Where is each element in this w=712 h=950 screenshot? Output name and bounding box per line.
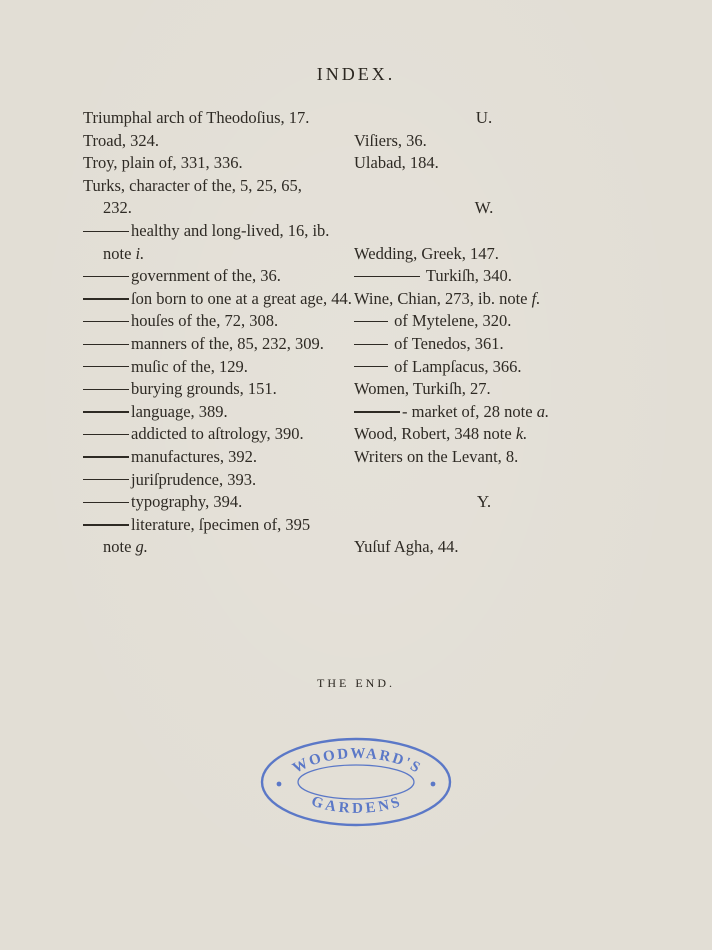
index-entry: Ulabad, 184.	[354, 152, 614, 175]
ditto-dash	[83, 276, 129, 277]
section-spacer	[354, 469, 614, 492]
index-entry: Viſiers, 36.	[354, 130, 614, 153]
entry-text: Wedding, Greek, 147.	[354, 244, 499, 263]
index-subentry: government of the, 36.	[83, 265, 353, 288]
entry-text: Triumphal arch of Theodoſius, 17.	[83, 108, 309, 127]
ditto-dash	[83, 524, 129, 525]
entry-text: burying grounds, 151.	[131, 379, 277, 398]
entry-text: of Mytelene, 320.	[390, 311, 511, 330]
index-column-left: Triumphal arch of Theodoſius, 17.Troad, …	[83, 107, 353, 559]
index-subentry: typography, 394.	[83, 491, 353, 514]
entry-text: addicted to aſtrology, 390.	[131, 424, 304, 443]
ditto-dash	[83, 344, 129, 345]
entry-text: Writers on the Levant, 8.	[354, 447, 518, 466]
ditto-dash	[83, 321, 129, 322]
entry-text: typography, 394.	[131, 492, 242, 511]
entry-note-italic: k.	[516, 424, 527, 443]
index-subentry: of Tenedos, 361.	[354, 333, 614, 356]
section-spacer	[354, 514, 614, 537]
the-end-footer: THE END.	[0, 676, 712, 691]
index-subentry: - market of, 28 note a.	[354, 401, 614, 424]
entry-text: 232.	[103, 198, 132, 217]
index-entry: Triumphal arch of Theodoſius, 17.	[83, 107, 353, 130]
ditto-dash	[83, 502, 129, 503]
book-page: INDEX. Triumphal arch of Theodoſius, 17.…	[0, 0, 712, 950]
entry-text: Viſiers, 36.	[354, 131, 427, 150]
entry-text: literature, ſpecimen of, 395	[131, 515, 310, 534]
ditto-dash	[83, 434, 129, 435]
entry-text: Troy, plain of, 331, 336.	[83, 153, 243, 172]
index-subentry: juriſprudence, 393.	[83, 469, 353, 492]
index-entry: Writers on the Levant, 8.	[354, 446, 614, 469]
entry-text: Yuſuf Agha, 44.	[354, 537, 459, 556]
entry-text: houſes of the, 72, 308.	[131, 311, 278, 330]
index-subentry: houſes of the, 72, 308.	[83, 310, 353, 333]
entry-text: Troad, 324.	[83, 131, 159, 150]
entry-text: Wine, Chian, 273, ib. note	[354, 289, 532, 308]
index-subentry: literature, ſpecimen of, 395	[83, 514, 353, 537]
ditto-dash	[83, 298, 129, 299]
stamp-bottom-text: GARDENS	[309, 794, 404, 817]
letter-heading: W.	[354, 197, 614, 220]
index-entry: Yuſuf Agha, 44.	[354, 536, 614, 559]
ditto-dash	[354, 276, 420, 277]
index-entry: Troad, 324.	[83, 130, 353, 153]
ditto-dash	[354, 411, 400, 412]
index-subentry: muſic of the, 129.	[83, 356, 353, 379]
index-subentry: burying grounds, 151.	[83, 378, 353, 401]
index-entry: Wedding, Greek, 147.	[354, 243, 614, 266]
index-column-right: U.Viſiers, 36.Ulabad, 184.W.Wedding, Gre…	[354, 107, 614, 559]
index-subentry: manufactures, 392.	[83, 446, 353, 469]
entry-note-italic: f.	[532, 289, 541, 308]
entry-text: - market of, 28 note	[402, 402, 537, 421]
entry-text: Women, Turkiſh, 27.	[354, 379, 491, 398]
entry-text: of Tenedos, 361.	[390, 334, 504, 353]
entry-note-italic: g.	[136, 537, 148, 556]
library-stamp: WOODWARD'S GARDENS	[257, 732, 455, 828]
entry-text: government of the, 36.	[131, 266, 281, 285]
ditto-dash	[83, 389, 129, 390]
entry-text: language, 389.	[131, 402, 228, 421]
entry-text: muſic of the, 129.	[131, 357, 248, 376]
index-subentry: of Mytelene, 320.	[354, 310, 614, 333]
index-entry-continuation: note i.	[83, 243, 353, 266]
entry-text: ſon born to one at a great age, 44.	[131, 289, 352, 308]
index-subentry: manners of the, 85, 232, 309.	[83, 333, 353, 356]
index-subentry: language, 389.	[83, 401, 353, 424]
entry-text: Ulabad, 184.	[354, 153, 439, 172]
letter-heading: Y.	[354, 491, 614, 514]
oval-stamp-icon: WOODWARD'S GARDENS	[257, 732, 455, 828]
index-entry: Troy, plain of, 331, 336.	[83, 152, 353, 175]
index-entry: Turks, character of the, 5, 25, 65,	[83, 175, 353, 198]
index-entry: Wine, Chian, 273, ib. note f.	[354, 288, 614, 311]
index-subentry: Turkiſh, 340.	[354, 265, 614, 288]
index-subentry: healthy and long-lived, 16, ib.	[83, 220, 353, 243]
ditto-dash	[83, 411, 129, 412]
index-subentry: ſon born to one at a great age, 44.	[83, 288, 353, 311]
entry-text: healthy and long-lived, 16, ib.	[131, 221, 329, 240]
section-spacer	[354, 175, 614, 198]
index-entry-continuation: note g.	[83, 536, 353, 559]
entry-text: of Lampſacus, 366.	[390, 357, 522, 376]
index-subentry: addicted to aſtrology, 390.	[83, 423, 353, 446]
index-subentry: of Lampſacus, 366.	[354, 356, 614, 379]
letter-heading: U.	[354, 107, 614, 130]
ditto-dash	[354, 344, 388, 345]
ditto-dash	[83, 366, 129, 367]
ditto-dash	[354, 366, 388, 367]
entry-text: Wood, Robert, 348 note	[354, 424, 516, 443]
ditto-dash	[83, 479, 129, 480]
entry-text: Turks, character of the, 5, 25, 65,	[83, 176, 302, 195]
index-entry: Wood, Robert, 348 note k.	[354, 423, 614, 446]
entry-text: manners of the, 85, 232, 309.	[131, 334, 324, 353]
svg-text:GARDENS: GARDENS	[309, 794, 404, 817]
entry-note-italic: i.	[136, 244, 145, 263]
index-entry-continuation: 232.	[83, 197, 353, 220]
entry-text: juriſprudence, 393.	[131, 470, 256, 489]
entry-note-italic: a.	[537, 402, 549, 421]
entry-text: Turkiſh, 340.	[422, 266, 512, 285]
running-head: INDEX.	[0, 64, 712, 85]
ditto-dash	[83, 456, 129, 457]
ditto-dash	[83, 231, 129, 232]
section-spacer	[354, 220, 614, 243]
entry-text: note	[103, 537, 136, 556]
ditto-dash	[354, 321, 388, 322]
entry-text: manufactures, 392.	[131, 447, 257, 466]
entry-text: note	[103, 244, 136, 263]
index-entry: Women, Turkiſh, 27.	[354, 378, 614, 401]
